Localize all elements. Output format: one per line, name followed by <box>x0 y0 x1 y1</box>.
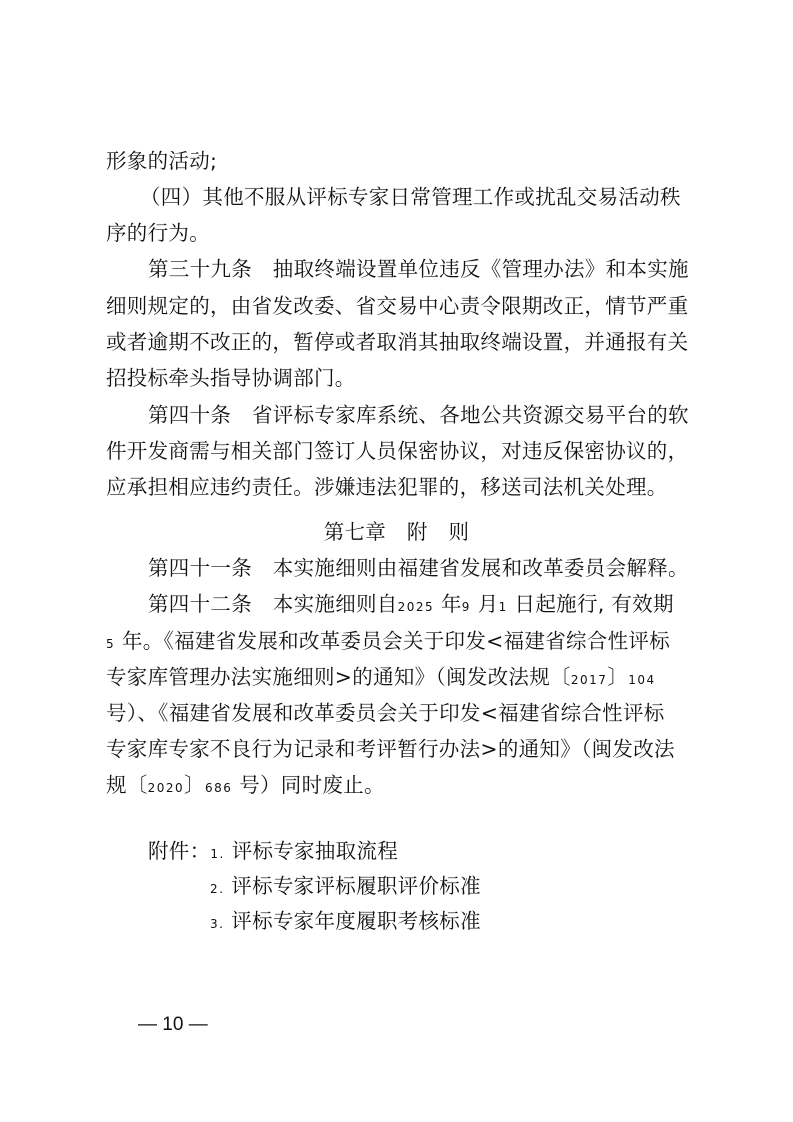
text-line: 件开发商需与相关部门签订人员保密协议，对违反保密协议的， <box>106 439 696 463</box>
attachment-number: 1. <box>210 847 224 861</box>
attachment-2: 2. 评标专家评标履职评价标准 <box>210 874 793 901</box>
attachment-title: 评标专家年度履职考核标准 <box>231 909 481 933</box>
article-42-line-1: 第四十二条 本实施细则自2025 年9 月1 日起施行, 有效期 <box>148 592 738 619</box>
attachment-number: 3. <box>210 917 224 931</box>
month-value: 9 <box>462 600 471 614</box>
doc-year: 2017 <box>571 673 608 687</box>
article-40-heading-line: 第四十条 省评标专家库系统、各地公共资源交易平台的软 <box>148 403 738 427</box>
text: 〕 <box>607 665 628 689</box>
years-value: 5 <box>106 637 115 651</box>
text-line: 应承担相应违约责任。涉嫌违法犯罪的，移送司法机关处理。 <box>106 475 696 499</box>
year-value: 2025 <box>398 600 435 614</box>
doc-number: 686 <box>205 781 232 795</box>
text: 规〔 <box>106 773 148 797</box>
text: 年。《福建省发展和改革委员会关于印发<福建省综合性评标 <box>122 629 670 653</box>
article-41: 第四十一条 本实施细则由福建省发展和改革委员会解释。 <box>148 556 738 580</box>
text: 年 <box>441 592 462 616</box>
attachments-label: 附件： <box>148 839 210 863</box>
text-line: 序的行为。 <box>106 221 696 245</box>
page-number: — 10 — <box>138 1014 208 1036</box>
text-line: 招投标牵头指导协调部门。 <box>106 366 696 390</box>
article-42-line-6: 规〔2020〕686 号）同时废止。 <box>106 773 696 800</box>
doc-number: 104 <box>628 673 655 687</box>
text-line: 细则规定的，由省发改委、省交易中心责令限期改正，情节严重 <box>106 294 696 318</box>
chapter-heading: 第七章 附 则 <box>0 520 793 544</box>
day-value: 1 <box>499 600 508 614</box>
attachment-1: 附件：1. 评标专家抽取流程 <box>148 839 738 866</box>
attachment-title: 评标专家评标履职评价标准 <box>231 874 481 898</box>
text: 日起施行, 有效期 <box>515 592 674 616</box>
text: 专家库管理办法实施细则>的通知》（闽发改法规〔 <box>106 665 571 689</box>
text-line: （四）其他不服从评标专家日常管理工作或扰乱交易活动秩 <box>140 185 730 209</box>
text: 月 <box>478 592 499 616</box>
article-42-line-3: 专家库管理办法实施细则>的通知》（闽发改法规〔2017〕104 <box>106 665 696 692</box>
doc-year: 2020 <box>148 781 185 795</box>
text-line: 或者逾期不改正的，暂停或者取消其抽取终端设置，并通报有关 <box>106 330 696 354</box>
attachment-3: 3. 评标专家年度履职考核标准 <box>210 909 793 936</box>
article-42-line-5: 专家库专家不良行为记录和考评暂行办法>的通知》（闽发改法 <box>106 737 696 761</box>
article-39-heading-line: 第三十九条 抽取终端设置单位违反《管理办法》和本实施 <box>148 257 738 281</box>
text: 〕 <box>184 773 205 797</box>
text: 号）同时废止。 <box>239 773 385 797</box>
attachment-number: 2. <box>210 882 224 896</box>
text: 第四十二条 本实施细则自 <box>148 592 398 616</box>
text-line: 形象的活动; <box>106 149 696 173</box>
attachment-title: 评标专家抽取流程 <box>232 839 398 863</box>
article-42-line-2: 5 年。《福建省发展和改革委员会关于印发<福建省综合性评标 <box>106 629 696 656</box>
article-42-line-4: 号）、《福建省发展和改革委员会关于印发<福建省综合性评标 <box>106 701 696 725</box>
